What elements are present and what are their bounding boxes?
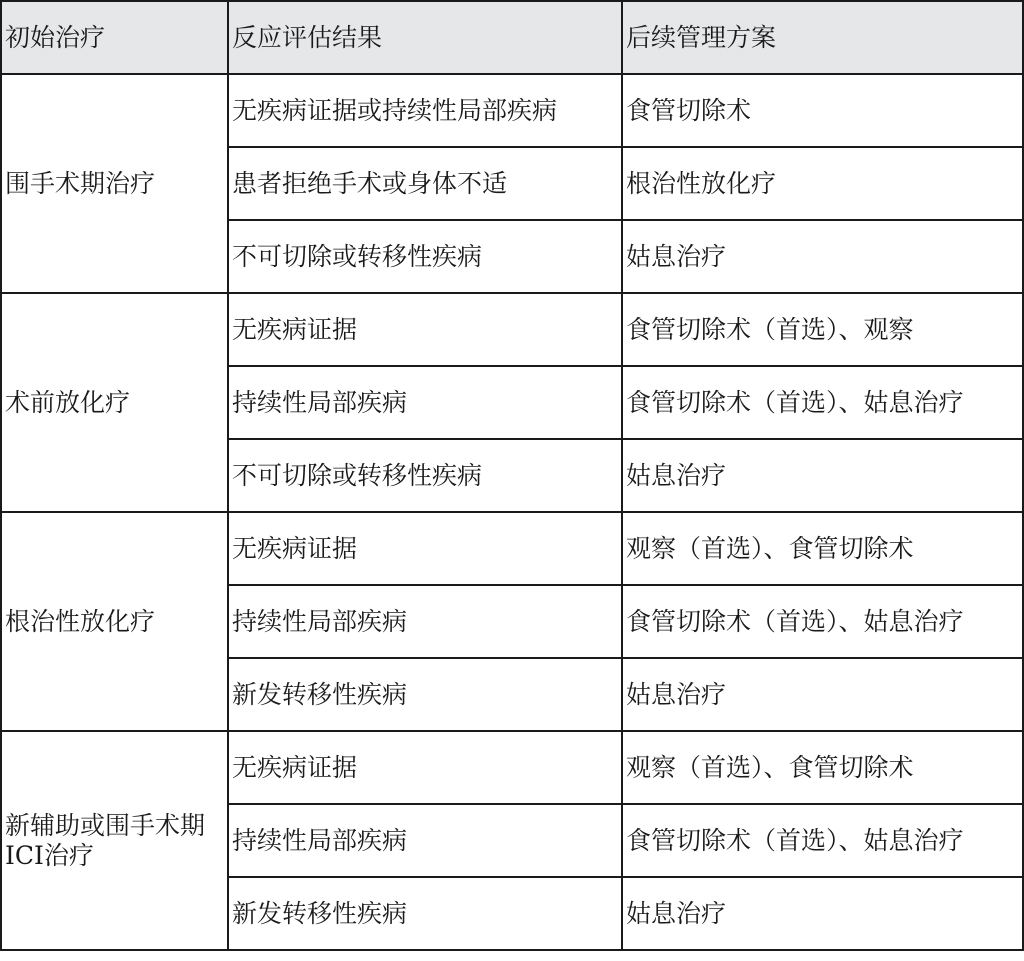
response-cell: 新发转移性疾病 xyxy=(228,877,622,950)
response-cell: 无疾病证据 xyxy=(228,512,622,585)
response-cell: 患者拒绝手术或身体不适 xyxy=(228,147,622,220)
header-follow-up-management: 后续管理方案 xyxy=(622,1,1023,74)
response-cell: 新发转移性疾病 xyxy=(228,658,622,731)
header-row: 初始治疗 反应评估结果 后续管理方案 xyxy=(1,1,1023,74)
table-row: 新辅助或围手术期ICI治疗 无疾病证据 观察（首选）、食管切除术 xyxy=(1,731,1023,804)
response-cell: 不可切除或转移性疾病 xyxy=(228,220,622,293)
management-cell: 姑息治疗 xyxy=(622,439,1023,512)
treatment-management-table: 初始治疗 反应评估结果 后续管理方案 围手术期治疗 无疾病证据或持续性局部疾病 … xyxy=(0,0,1024,951)
response-cell: 不可切除或转移性疾病 xyxy=(228,439,622,512)
header-response-assessment: 反应评估结果 xyxy=(228,1,622,74)
response-cell: 持续性局部疾病 xyxy=(228,804,622,877)
response-cell: 无疾病证据或持续性局部疾病 xyxy=(228,74,622,147)
response-cell: 无疾病证据 xyxy=(228,731,622,804)
initial-treatment-cell: 新辅助或围手术期ICI治疗 xyxy=(1,731,228,950)
management-cell: 姑息治疗 xyxy=(622,658,1023,731)
table-row: 根治性放化疗 无疾病证据 观察（首选）、食管切除术 xyxy=(1,512,1023,585)
initial-treatment-cell: 根治性放化疗 xyxy=(1,512,228,731)
management-cell: 姑息治疗 xyxy=(622,877,1023,950)
management-cell: 食管切除术（首选）、观察 xyxy=(622,293,1023,366)
management-cell: 食管切除术（首选）、姑息治疗 xyxy=(622,804,1023,877)
table-row: 术前放化疗 无疾病证据 食管切除术（首选）、观察 xyxy=(1,293,1023,366)
management-cell: 食管切除术 xyxy=(622,74,1023,147)
management-cell: 观察（首选）、食管切除术 xyxy=(622,512,1023,585)
management-cell: 姑息治疗 xyxy=(622,220,1023,293)
response-cell: 无疾病证据 xyxy=(228,293,622,366)
initial-treatment-cell: 术前放化疗 xyxy=(1,293,228,512)
table-row: 围手术期治疗 无疾病证据或持续性局部疾病 食管切除术 xyxy=(1,74,1023,147)
initial-treatment-cell: 围手术期治疗 xyxy=(1,74,228,293)
management-cell: 食管切除术（首选）、姑息治疗 xyxy=(622,585,1023,658)
response-cell: 持续性局部疾病 xyxy=(228,366,622,439)
management-cell: 观察（首选）、食管切除术 xyxy=(622,731,1023,804)
response-cell: 持续性局部疾病 xyxy=(228,585,622,658)
management-cell: 食管切除术（首选）、姑息治疗 xyxy=(622,366,1023,439)
management-cell: 根治性放化疗 xyxy=(622,147,1023,220)
header-initial-treatment: 初始治疗 xyxy=(1,1,228,74)
